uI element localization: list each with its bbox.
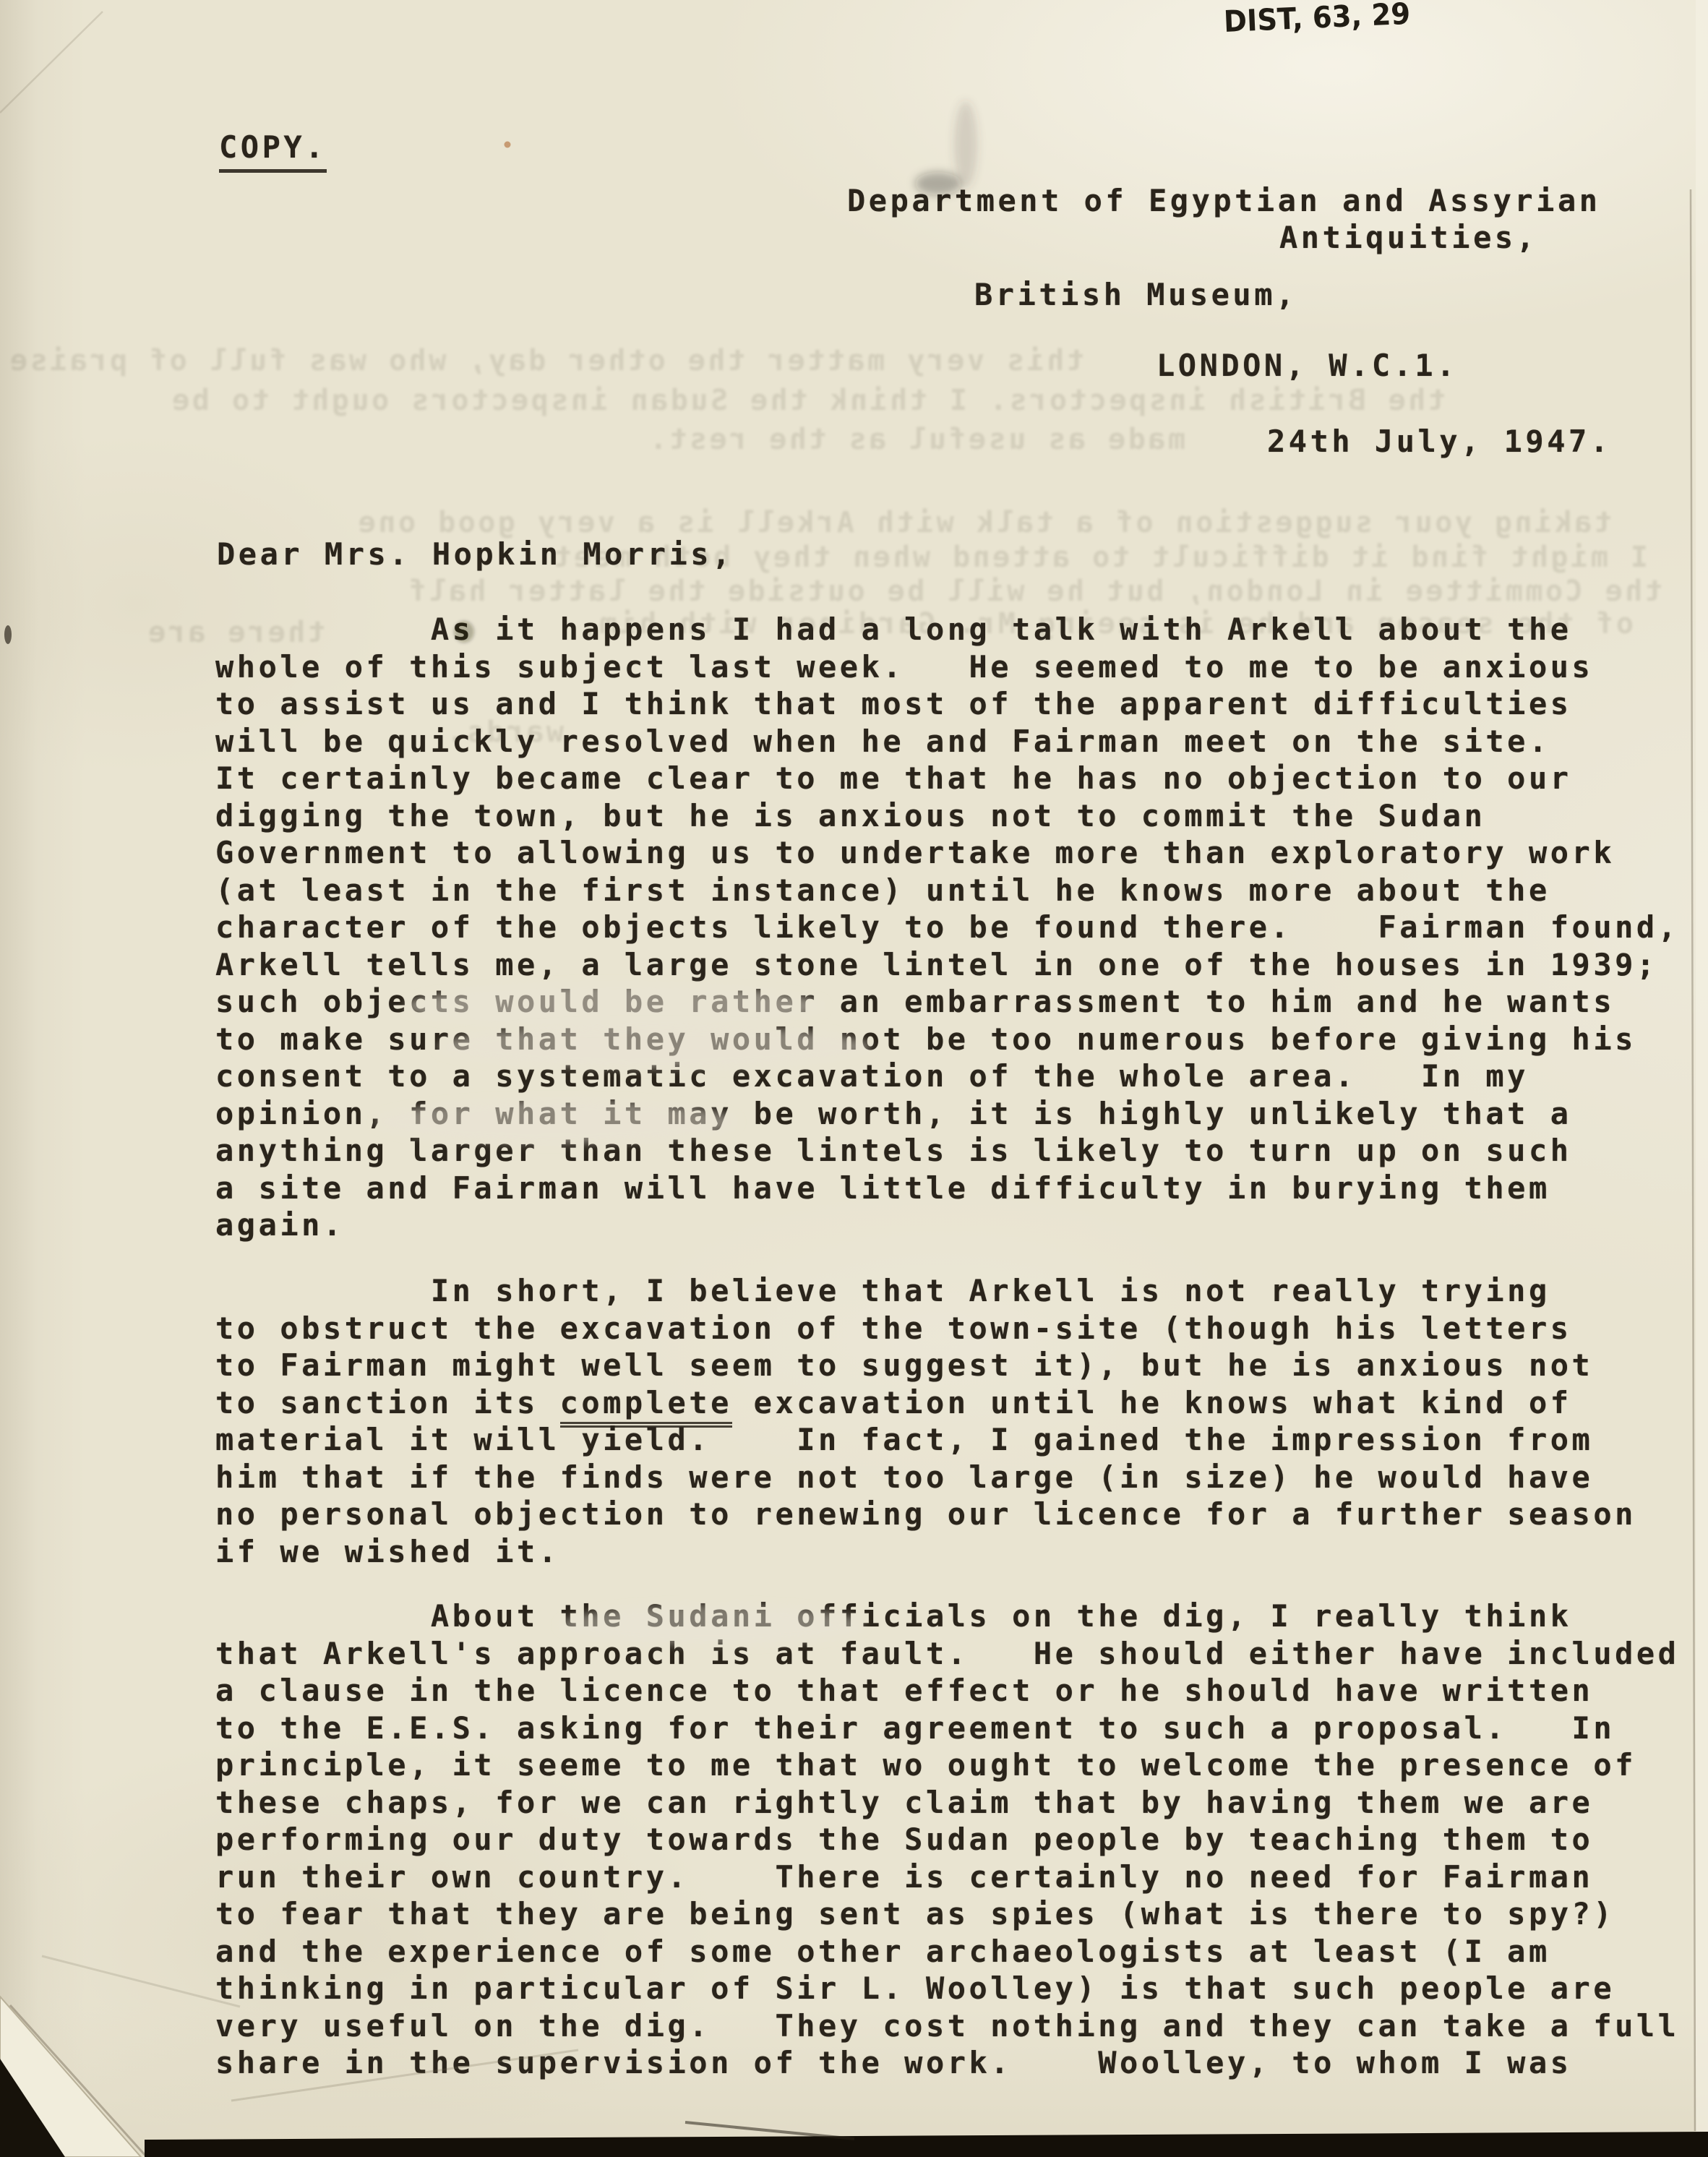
sheet-bottom-edge (685, 2122, 854, 2139)
faded-ink-patch (376, 1100, 737, 1144)
crease-line (42, 1956, 240, 2007)
ink-smudge (915, 172, 961, 195)
gray-smear (954, 101, 977, 188)
faded-ink-patch (405, 985, 824, 1028)
orange-speck (505, 142, 511, 148)
edge-mark (4, 625, 12, 644)
paper-edge-line (1691, 189, 1695, 2131)
crease-line (231, 2050, 578, 2101)
right-scan-margin (1696, 0, 1708, 2157)
scan-artifacts-overlay (0, 0, 1708, 2157)
crease-line (0, 12, 103, 113)
faded-ink-patch (560, 1605, 864, 1645)
letter-sheet: this very matter the other day, who was … (0, 0, 1708, 2157)
ink-smudge (454, 621, 474, 643)
scanner-band (145, 2132, 1708, 2157)
faded-ink-patch (437, 1025, 871, 1068)
